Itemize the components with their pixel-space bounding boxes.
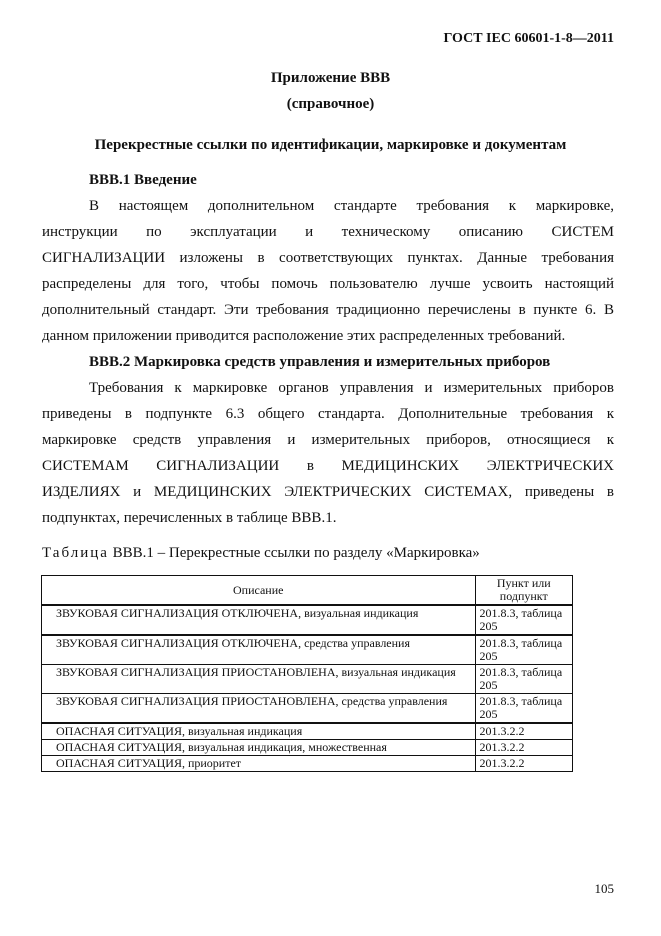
row-reference: 201.3.2.2 [475,756,573,772]
table-row: ОПАСНАЯ СИТУАЦИЯ, визуальная индикация 2… [42,723,573,740]
row-reference: 201.8.3, таблица 205 [475,694,573,724]
row-description: ОПАСНАЯ СИТУАЦИЯ, приоритет [42,756,476,772]
table-header-row: Описание Пункт или подпункт [42,576,573,606]
text-line: ИЗДЕЛИЯХ и МЕДИЦИНСКИХ ЭЛЕКТРИЧЕСКИХ СИС… [42,479,614,505]
table-row: ОПАСНАЯ СИТУАЦИЯ, приоритет 201.3.2.2 [42,756,573,772]
section-1-body: В настоящем дополнительном стандарте тре… [42,193,614,349]
text-line: подпунктах, перечисленных в таблице ВВВ.… [42,505,614,531]
text-line: дополнительный стандарт. Эти требования … [42,297,614,323]
row-reference: 201.8.3, таблица 205 [475,635,573,665]
text-line: приведены в подпункте 6.3 общего стандар… [42,401,614,427]
appendix-subtitle: (справочное) [0,96,661,113]
page-number: 105 [595,881,615,897]
column-header-clause: Пункт или подпункт [475,576,573,606]
row-description: ЗВУКОВАЯ СИГНАЛИЗАЦИЯ ОТКЛЮЧЕНА, визуаль… [42,605,476,635]
section-2-body: Требования к маркировке органов управлен… [42,375,614,531]
text-line: инструкции по эксплуатации и техническом… [42,219,614,245]
table-row: ОПАСНАЯ СИТУАЦИЯ, визуальная индикация, … [42,740,573,756]
table-caption-prefix: Таблица [42,545,109,561]
row-description: ОПАСНАЯ СИТУАЦИЯ, визуальная индикация, … [42,740,476,756]
table-row: ЗВУКОВАЯ СИГНАЛИЗАЦИЯ ПРИОСТАНОВЛЕНА, ср… [42,694,573,724]
table-caption-text: ВВВ.1 – Перекрестные ссылки по разделу «… [109,545,480,561]
table-row: ЗВУКОВАЯ СИГНАЛИЗАЦИЯ ОТКЛЮЧЕНА, визуаль… [42,605,573,635]
text-line: маркировке средств управления и измерите… [42,427,614,453]
text-line: распределены для того, чтобы помочь поль… [42,271,614,297]
text-line: В настоящем дополнительном стандарте тре… [42,193,614,219]
row-description: ЗВУКОВАЯ СИГНАЛИЗАЦИЯ ОТКЛЮЧЕНА, средств… [42,635,476,665]
section-2-heading: ВВВ.2 Маркировка средств управления и из… [89,354,550,371]
row-description: ОПАСНАЯ СИТУАЦИЯ, визуальная индикация [42,723,476,740]
row-description: ЗВУКОВАЯ СИГНАЛИЗАЦИЯ ПРИОСТАНОВЛЕНА, ви… [42,665,476,694]
row-reference: 201.3.2.2 [475,723,573,740]
text-line: Требования к маркировке органов управлен… [42,375,614,401]
table-row: ЗВУКОВАЯ СИГНАЛИЗАЦИЯ ОТКЛЮЧЕНА, средств… [42,635,573,665]
section-1-heading: ВВВ.1 Введение [89,172,197,189]
text-line: СИГНАЛИЗАЦИИ изложены в соответствующих … [42,245,614,271]
row-reference: 201.3.2.2 [475,740,573,756]
cross-reference-table: Описание Пункт или подпункт ЗВУКОВАЯ СИГ… [41,575,573,772]
column-header-description: Описание [42,576,476,606]
standard-header: ГОСТ IEC 60601-1-8—2011 [443,31,614,47]
row-reference: 201.8.3, таблица 205 [475,665,573,694]
table-row: ЗВУКОВАЯ СИГНАЛИЗАЦИЯ ПРИОСТАНОВЛЕНА, ви… [42,665,573,694]
appendix-title: Приложение ВВВ [0,70,661,87]
row-reference: 201.8.3, таблица 205 [475,605,573,635]
text-line: данном приложении приводится расположени… [42,323,614,349]
table-caption: Таблица ВВВ.1 – Перекрестные ссылки по р… [42,545,480,562]
appendix-heading: Перекрестные ссылки по идентификации, ма… [0,137,661,154]
row-description: ЗВУКОВАЯ СИГНАЛИЗАЦИЯ ПРИОСТАНОВЛЕНА, ср… [42,694,476,724]
text-line: СИСТЕМАМ СИГНАЛИЗАЦИИ в МЕДИЦИНСКИХ ЭЛЕК… [42,453,614,479]
